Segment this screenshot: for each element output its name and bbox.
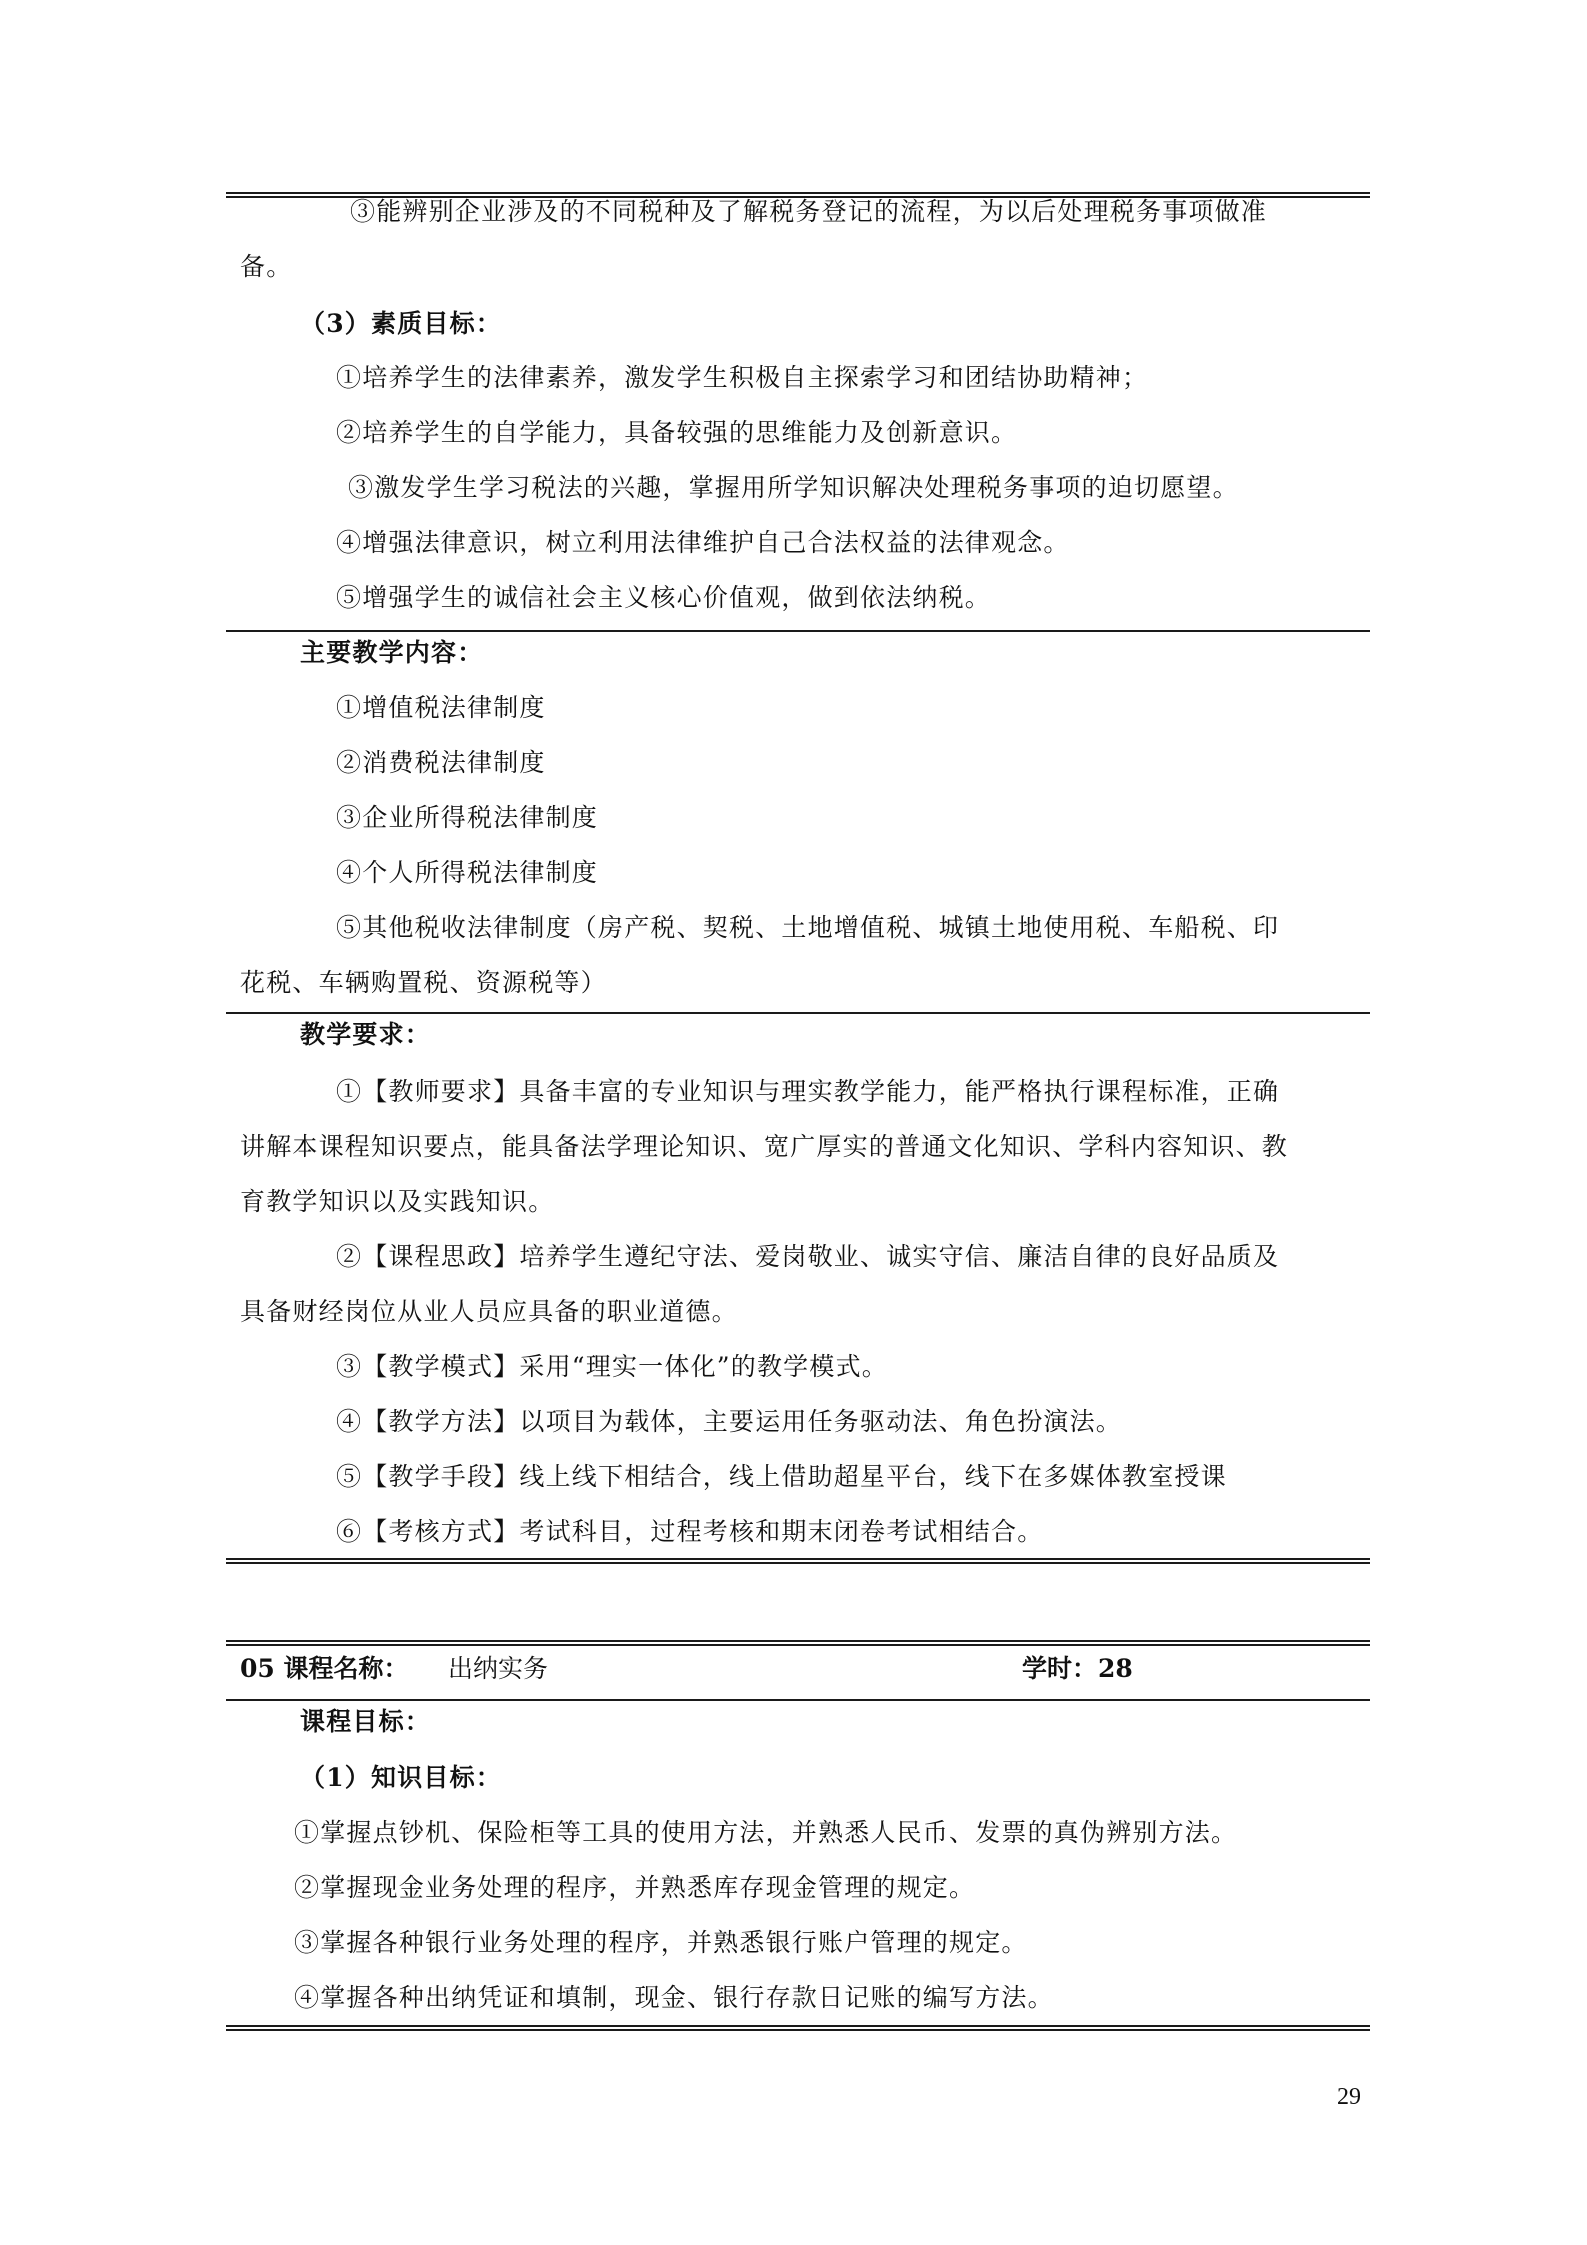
quality-goals-heading: （3）素质目标： [300, 308, 502, 340]
section-divider [226, 1012, 1370, 1014]
requirement-2-line2: 具备财经岗位从业人员应具备的职业道德。 [240, 1296, 738, 1328]
skill-goal-3-line2: 备。 [240, 251, 292, 283]
course-name-label: 05 课程名称： [240, 1653, 409, 1685]
knowledge-goal-item: ②掌握现金业务处理的程序，并熟悉库存现金管理的规定。 [294, 1872, 975, 1904]
requirement-3: ③【教学模式】采用“理实一体化”的教学模式。 [336, 1351, 888, 1383]
main-content-item: ①增值税法律制度 [336, 692, 546, 724]
document-page: ③能辨别企业涉及的不同税种及了解税务登记的流程，为以后处理税务事项做准 备。 （… [0, 0, 1587, 2245]
course-hours-label: 学时： [1022, 1653, 1097, 1685]
main-content-item: ④个人所得税法律制度 [336, 857, 598, 889]
requirement-1-line2: 讲解本课程知识要点，能具备法学理论知识、宽广厚实的普通文化知识、学科内容知识、教 [240, 1131, 1288, 1163]
requirement-5: ⑤【教学手段】线上线下相结合，线上借助超星平台，线下在多媒体教室授课 [336, 1461, 1227, 1493]
requirement-4: ④【教学方法】以项目为载体，主要运用任务驱动法、角色扮演法。 [336, 1406, 1122, 1438]
main-content-item: ②消费税法律制度 [336, 747, 546, 779]
requirement-2-line1: ②【课程思政】培养学生遵纪守法、爱岗敬业、诚实守信、廉洁自律的良好品质及 [336, 1241, 1279, 1273]
knowledge-goal-item: ④掌握各种出纳凭证和填制，现金、银行存款日记账的编写方法。 [294, 1982, 1054, 2014]
table-bottom-rule [226, 1558, 1370, 1564]
section-divider [226, 630, 1370, 632]
course-hours-value: 28 [1098, 1653, 1133, 1685]
course-goals-heading: 课程目标： [300, 1706, 431, 1738]
main-content-item-5-line2: 花税、车辆购置税、资源税等） [240, 967, 607, 999]
skill-goal-3-line1: ③能辨别企业涉及的不同税种及了解税务登记的流程，为以后处理税务事项做准 [350, 196, 1267, 228]
requirements-heading: 教学要求： [300, 1019, 431, 1051]
knowledge-goals-heading: （1）知识目标： [300, 1762, 502, 1794]
main-content-heading: 主要教学内容： [300, 637, 483, 669]
requirement-1-line1: ①【教师要求】具备丰富的专业知识与理实教学能力，能严格执行课程标准，正确 [336, 1076, 1279, 1108]
course-05-bottom-rule [226, 2025, 1370, 2031]
quality-goal-item: ③激发学生学习税法的兴趣，掌握用所学知识解决处理税务事项的迫切愿望。 [348, 472, 1239, 504]
requirement-6: ⑥【考核方式】考试科目，过程考核和期末闭卷考试相结合。 [336, 1516, 1043, 1548]
main-content-item-5-line1: ⑤其他税收法律制度（房产税、契税、土地增值税、城镇土地使用税、车船税、印 [336, 912, 1279, 944]
requirement-1-line3: 育教学知识以及实践知识。 [240, 1186, 554, 1218]
quality-goal-item: ④增强法律意识，树立利用法律维护自己合法权益的法律观念。 [336, 527, 1070, 559]
section-divider [226, 1699, 1370, 1701]
page-number: 29 [1337, 2082, 1361, 2112]
quality-goal-item: ②培养学生的自学能力，具备较强的思维能力及创新意识。 [336, 417, 1017, 449]
quality-goal-item: ①培养学生的法律素养，激发学生积极自主探索学习和团结协助精神； [336, 362, 1148, 394]
course-05-top-rule [226, 1640, 1370, 1646]
knowledge-goal-item: ①掌握点钞机、保险柜等工具的使用方法，并熟悉人民币、发票的真伪辨别方法。 [294, 1817, 1237, 1849]
knowledge-goal-item: ③掌握各种银行业务处理的程序，并熟悉银行账户管理的规定。 [294, 1927, 1028, 1959]
course-name-value: 出纳实务 [448, 1653, 548, 1685]
main-content-item: ③企业所得税法律制度 [336, 802, 598, 834]
quality-goal-item: ⑤增强学生的诚信社会主义核心价值观，做到依法纳税。 [336, 582, 991, 614]
